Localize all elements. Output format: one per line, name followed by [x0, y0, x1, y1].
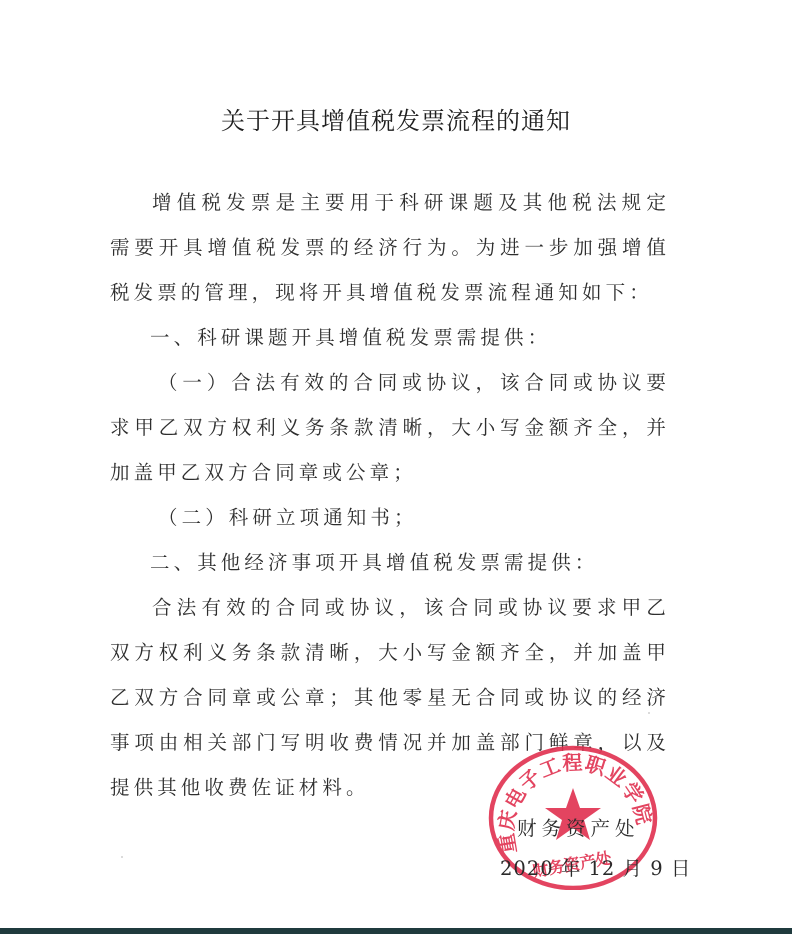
- section-two-heading: 二、其他经济事项开具增值税发票需提供：: [110, 540, 670, 585]
- signature-date: 2020 年 12 月 9 日: [500, 853, 691, 881]
- section-one-item-two: （二）科研立项通知书；: [110, 495, 670, 540]
- bottom-bar: [0, 928, 792, 934]
- scan-speck: [648, 712, 650, 714]
- intro-paragraph: 增值税发票是主要用于科研课题及其他税法规定需要开具增值税发票的经济行为。为进一步…: [110, 180, 670, 315]
- document-body: 增值税发票是主要用于科研课题及其他税法规定需要开具增值税发票的经济行为。为进一步…: [110, 180, 670, 810]
- signature-department: 财务资产处: [517, 813, 640, 841]
- document-title: 关于开具增值税发票流程的通知: [0, 101, 792, 136]
- scan-speck: [121, 856, 123, 858]
- document-page: 关于开具增值税发票流程的通知 增值税发票是主要用于科研课题及其他税法规定需要开具…: [0, 0, 792, 926]
- section-one-heading: 一、科研课题开具增值税发票需提供：: [110, 315, 670, 360]
- section-one-item-one: （一）合法有效的合同或协议，该合同或协议要求甲乙双方权利义务条款清晰，大小写金额…: [110, 360, 670, 495]
